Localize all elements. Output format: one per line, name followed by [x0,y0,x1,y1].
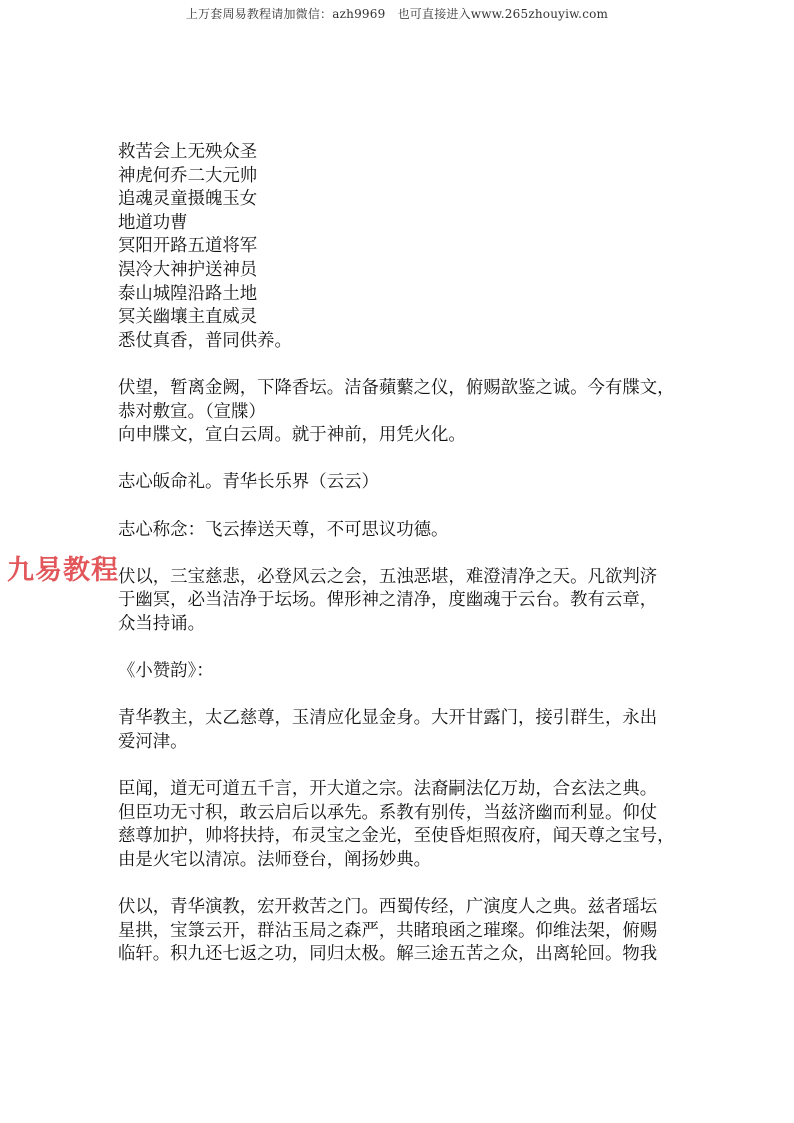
paragraph: 伏望，暂离金阙，下降香坛。洁备蘋蘩之仪，俯赐歆鉴之诚。今有牒文， 恭对敷宣。（宣… [118,377,683,448]
text-line: 青华教主，太乙慈尊，玉清应化显金身。大开甘露门，接引群生，永出 [118,707,683,731]
text-line: 追魂灵童摄魄玉女 [118,188,683,212]
text-line: 淏冷大神护送神员 [118,259,683,283]
text-line: 神虎何乔二大元帅 [118,165,683,189]
text-line: 伏望，暂离金阙，下降香坛。洁备蘋蘩之仪，俯赐歆鉴之诚。今有牒文， [118,377,683,401]
text-line: 悉仗真香，普同供养。 [118,330,683,354]
text-line: 冥关幽壤主直威灵 [118,306,683,330]
text-line: 《小赞韵》： [118,660,683,684]
deity-list: 救苦会上无殃众圣 神虎何乔二大元帅 追魂灵童摄魄玉女 地道功曹 冥阳开路五道将军… [118,141,683,353]
text-line: 临轩。积九还七返之功，同归太极。解三途五苦之众，出离轮回。物我 [118,943,683,967]
paragraph-gap [118,684,683,708]
text-line: 救苦会上无殃众圣 [118,141,683,165]
paragraph-gap [118,542,683,566]
text-line: 志心称念：飞云捧送天尊，不可思议功德。 [118,519,683,543]
text-line: 星拱，宝箓云开，群沾玉局之森严，共睹琅函之璀璨。仰维法架，俯赐 [118,920,683,944]
header-watermark-note: 上万套周易教程请加微信：azh9969 也可直接进入www.265zhouyiw… [0,5,794,22]
section-heading: 《小赞韵》： [118,660,683,684]
paragraph: 臣闻，道无可道五千言，开大道之宗。法裔嗣法亿万劫，合玄法之典。 但臣功无寸积，敢… [118,778,683,872]
document-body: 救苦会上无殃众圣 神虎何乔二大元帅 追魂灵童摄魄玉女 地道功曹 冥阳开路五道将军… [118,141,683,967]
paragraph: 志心称念：飞云捧送天尊，不可思议功德。 [118,519,683,543]
text-line: 臣闻，道无可道五千言，开大道之宗。法裔嗣法亿万劫，合玄法之典。 [118,778,683,802]
paragraph: 伏以，三宝慈悲，必登风云之会，五浊恶堪，难澄清净之天。凡欲判济 于幽冥，必当洁净… [118,566,683,637]
text-line: 慈尊加护，帅将扶持，布灵宝之金光，至使昏炬照夜府，闻天尊之宝号， [118,825,683,849]
brand-watermark: 九易教程 [7,548,119,587]
paragraph-gap [118,636,683,660]
text-line: 但臣功无寸积，敢云启后以承先。系教有别传，当兹济幽而利显。仰仗 [118,802,683,826]
paragraph: 志心皈命礼。青华长乐界（云云） [118,471,683,495]
text-line: 伏以，青华演教，宏开救苦之门。西蜀传经，广演度人之典。兹者瑶坛 [118,896,683,920]
text-line: 恭对敷宣。（宣牒） [118,401,683,425]
paragraph: 伏以，青华演教，宏开救苦之门。西蜀传经，广演度人之典。兹者瑶坛 星拱，宝箓云开，… [118,896,683,967]
paragraph-gap [118,495,683,519]
text-line: 于幽冥，必当洁净于坛场。俾形神之清净，度幽魂于云台。教有云章， [118,589,683,613]
text-line: 志心皈命礼。青华长乐界（云云） [118,471,683,495]
text-line: 地道功曹 [118,212,683,236]
text-line: 冥阳开路五道将军 [118,235,683,259]
text-line: 向申牒文，宣白云周。就于神前，用凭火化。 [118,424,683,448]
paragraph-gap [118,448,683,472]
text-line: 伏以，三宝慈悲，必登风云之会，五浊恶堪，难澄清净之天。凡欲判济 [118,566,683,590]
text-line: 由是火宅以清凉。法师登台，阐扬妙典。 [118,849,683,873]
paragraph-gap [118,353,683,377]
paragraph: 青华教主，太乙慈尊，玉清应化显金身。大开甘露门，接引群生，永出 爱河津。 [118,707,683,754]
paragraph-gap [118,754,683,778]
text-line: 众当持诵。 [118,613,683,637]
text-line: 泰山城隍沿路土地 [118,283,683,307]
text-line: 爱河津。 [118,731,683,755]
paragraph-gap [118,872,683,896]
